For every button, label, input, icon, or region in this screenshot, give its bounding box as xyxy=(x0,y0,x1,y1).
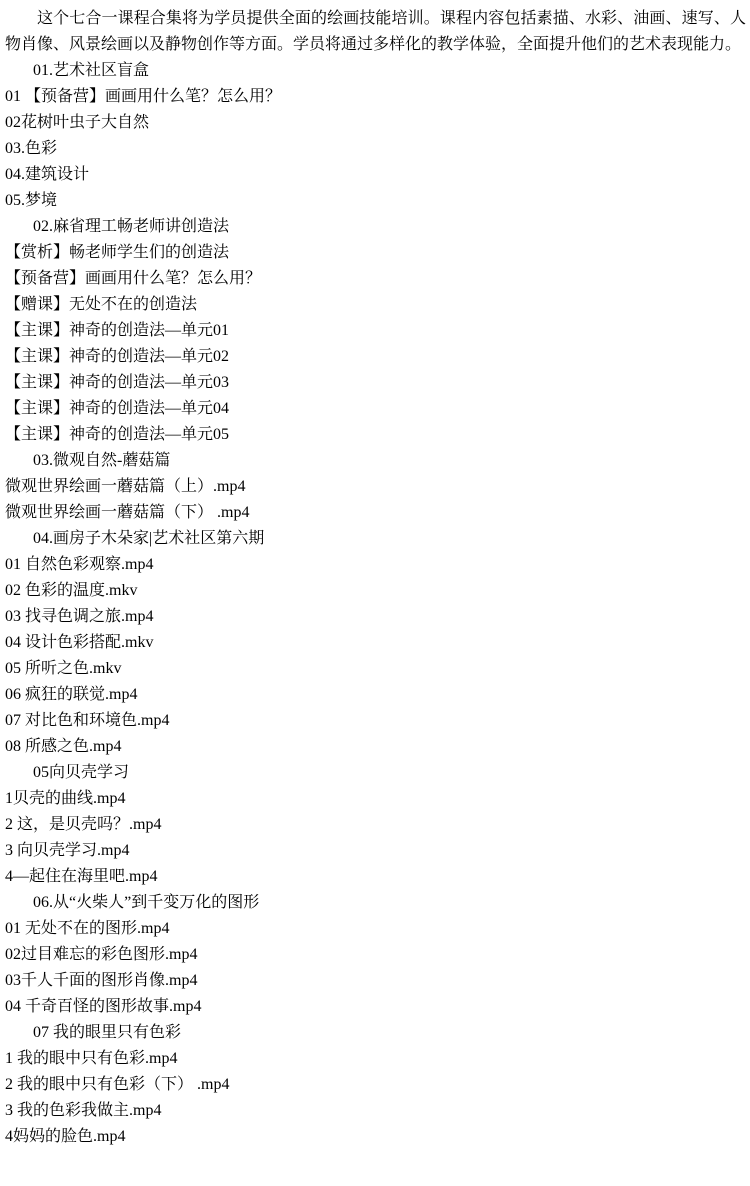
list-item: 04 设计色彩搭配.mkv xyxy=(5,630,746,656)
list-item: 2 这，是贝壳吗？.mp4 xyxy=(5,812,746,838)
list-item: 【赠课】无处不在的创造法 xyxy=(5,292,746,318)
list-item: 1贝壳的曲线.mp4 xyxy=(5,786,746,812)
course-intro-paragraph: 这个七合一课程合集将为学员提供全面的绘画技能培训。课程内容包括素描、水彩、油画、… xyxy=(5,6,746,58)
list-item: 06 疯狂的联觉.mp4 xyxy=(5,682,746,708)
list-item: 01 【预备营】画画用什么笔？怎么用？ xyxy=(5,84,746,110)
list-item: 01 自然色彩观察.mp4 xyxy=(5,552,746,578)
list-item: 08 所感之色.mp4 xyxy=(5,734,746,760)
list-item: 03千人千面的图形肖像.mp4 xyxy=(5,968,746,994)
list-item: 微观世界绘画一蘑菇篇（下） .mp4 xyxy=(5,500,746,526)
list-item: 【主课】神奇的创造法—单元05 xyxy=(5,422,746,448)
list-item: 07 对比色和环境色.mp4 xyxy=(5,708,746,734)
list-item: 04.建筑设计 xyxy=(5,162,746,188)
list-item: 【主课】神奇的创造法—单元01 xyxy=(5,318,746,344)
list-item: 4妈妈的脸色.mp4 xyxy=(5,1124,746,1150)
list-item: 03.色彩 xyxy=(5,136,746,162)
list-item: 02 色彩的温度.mkv xyxy=(5,578,746,604)
section-header: 04.画房子木朵家|艺术社区第六期 xyxy=(5,526,746,552)
list-item: 【主课】神奇的创造法—单元02 xyxy=(5,344,746,370)
section-header: 01.艺术社区盲盒 xyxy=(5,58,746,84)
list-item: 05.梦境 xyxy=(5,188,746,214)
list-item: 02过目难忘的彩色图形.mp4 xyxy=(5,942,746,968)
section-header: 07 我的眼里只有色彩 xyxy=(5,1020,746,1046)
list-item: 【主课】神奇的创造法—单元04 xyxy=(5,396,746,422)
list-item: 1 我的眼中只有色彩.mp4 xyxy=(5,1046,746,1072)
list-item: 【赏析】畅老师学生们的创造法 xyxy=(5,240,746,266)
list-item: 微观世界绘画一蘑菇篇（上）.mp4 xyxy=(5,474,746,500)
section-header: 06.从“火柴人”到千变万化的图形 xyxy=(5,890,746,916)
list-item: 3 向贝壳学习.mp4 xyxy=(5,838,746,864)
list-item: 05 所听之色.mkv xyxy=(5,656,746,682)
section-header: 03.微观自然-蘑菇篇 xyxy=(5,448,746,474)
section-header: 05向贝壳学习 xyxy=(5,760,746,786)
course-list: 01.艺术社区盲盒01 【预备营】画画用什么笔？怎么用？02花树叶虫子大自然03… xyxy=(5,58,746,1150)
list-item: 04 千奇百怪的图形故事.mp4 xyxy=(5,994,746,1020)
list-item: 03 找寻色调之旅.mp4 xyxy=(5,604,746,630)
list-item: 3 我的色彩我做主.mp4 xyxy=(5,1098,746,1124)
list-item: 【预备营】画画用什么笔？怎么用？ xyxy=(5,266,746,292)
list-item: 【主课】神奇的创造法—单元03 xyxy=(5,370,746,396)
list-item: 02花树叶虫子大自然 xyxy=(5,110,746,136)
section-header: 02.麻省理工畅老师讲创造法 xyxy=(5,214,746,240)
list-item: 2 我的眼中只有色彩（下） .mp4 xyxy=(5,1072,746,1098)
list-item: 01 无处不在的图形.mp4 xyxy=(5,916,746,942)
list-item: 4—起住在海里吧.mp4 xyxy=(5,864,746,890)
document-page: 这个七合一课程合集将为学员提供全面的绘画技能培训。课程内容包括素描、水彩、油画、… xyxy=(0,0,750,1150)
